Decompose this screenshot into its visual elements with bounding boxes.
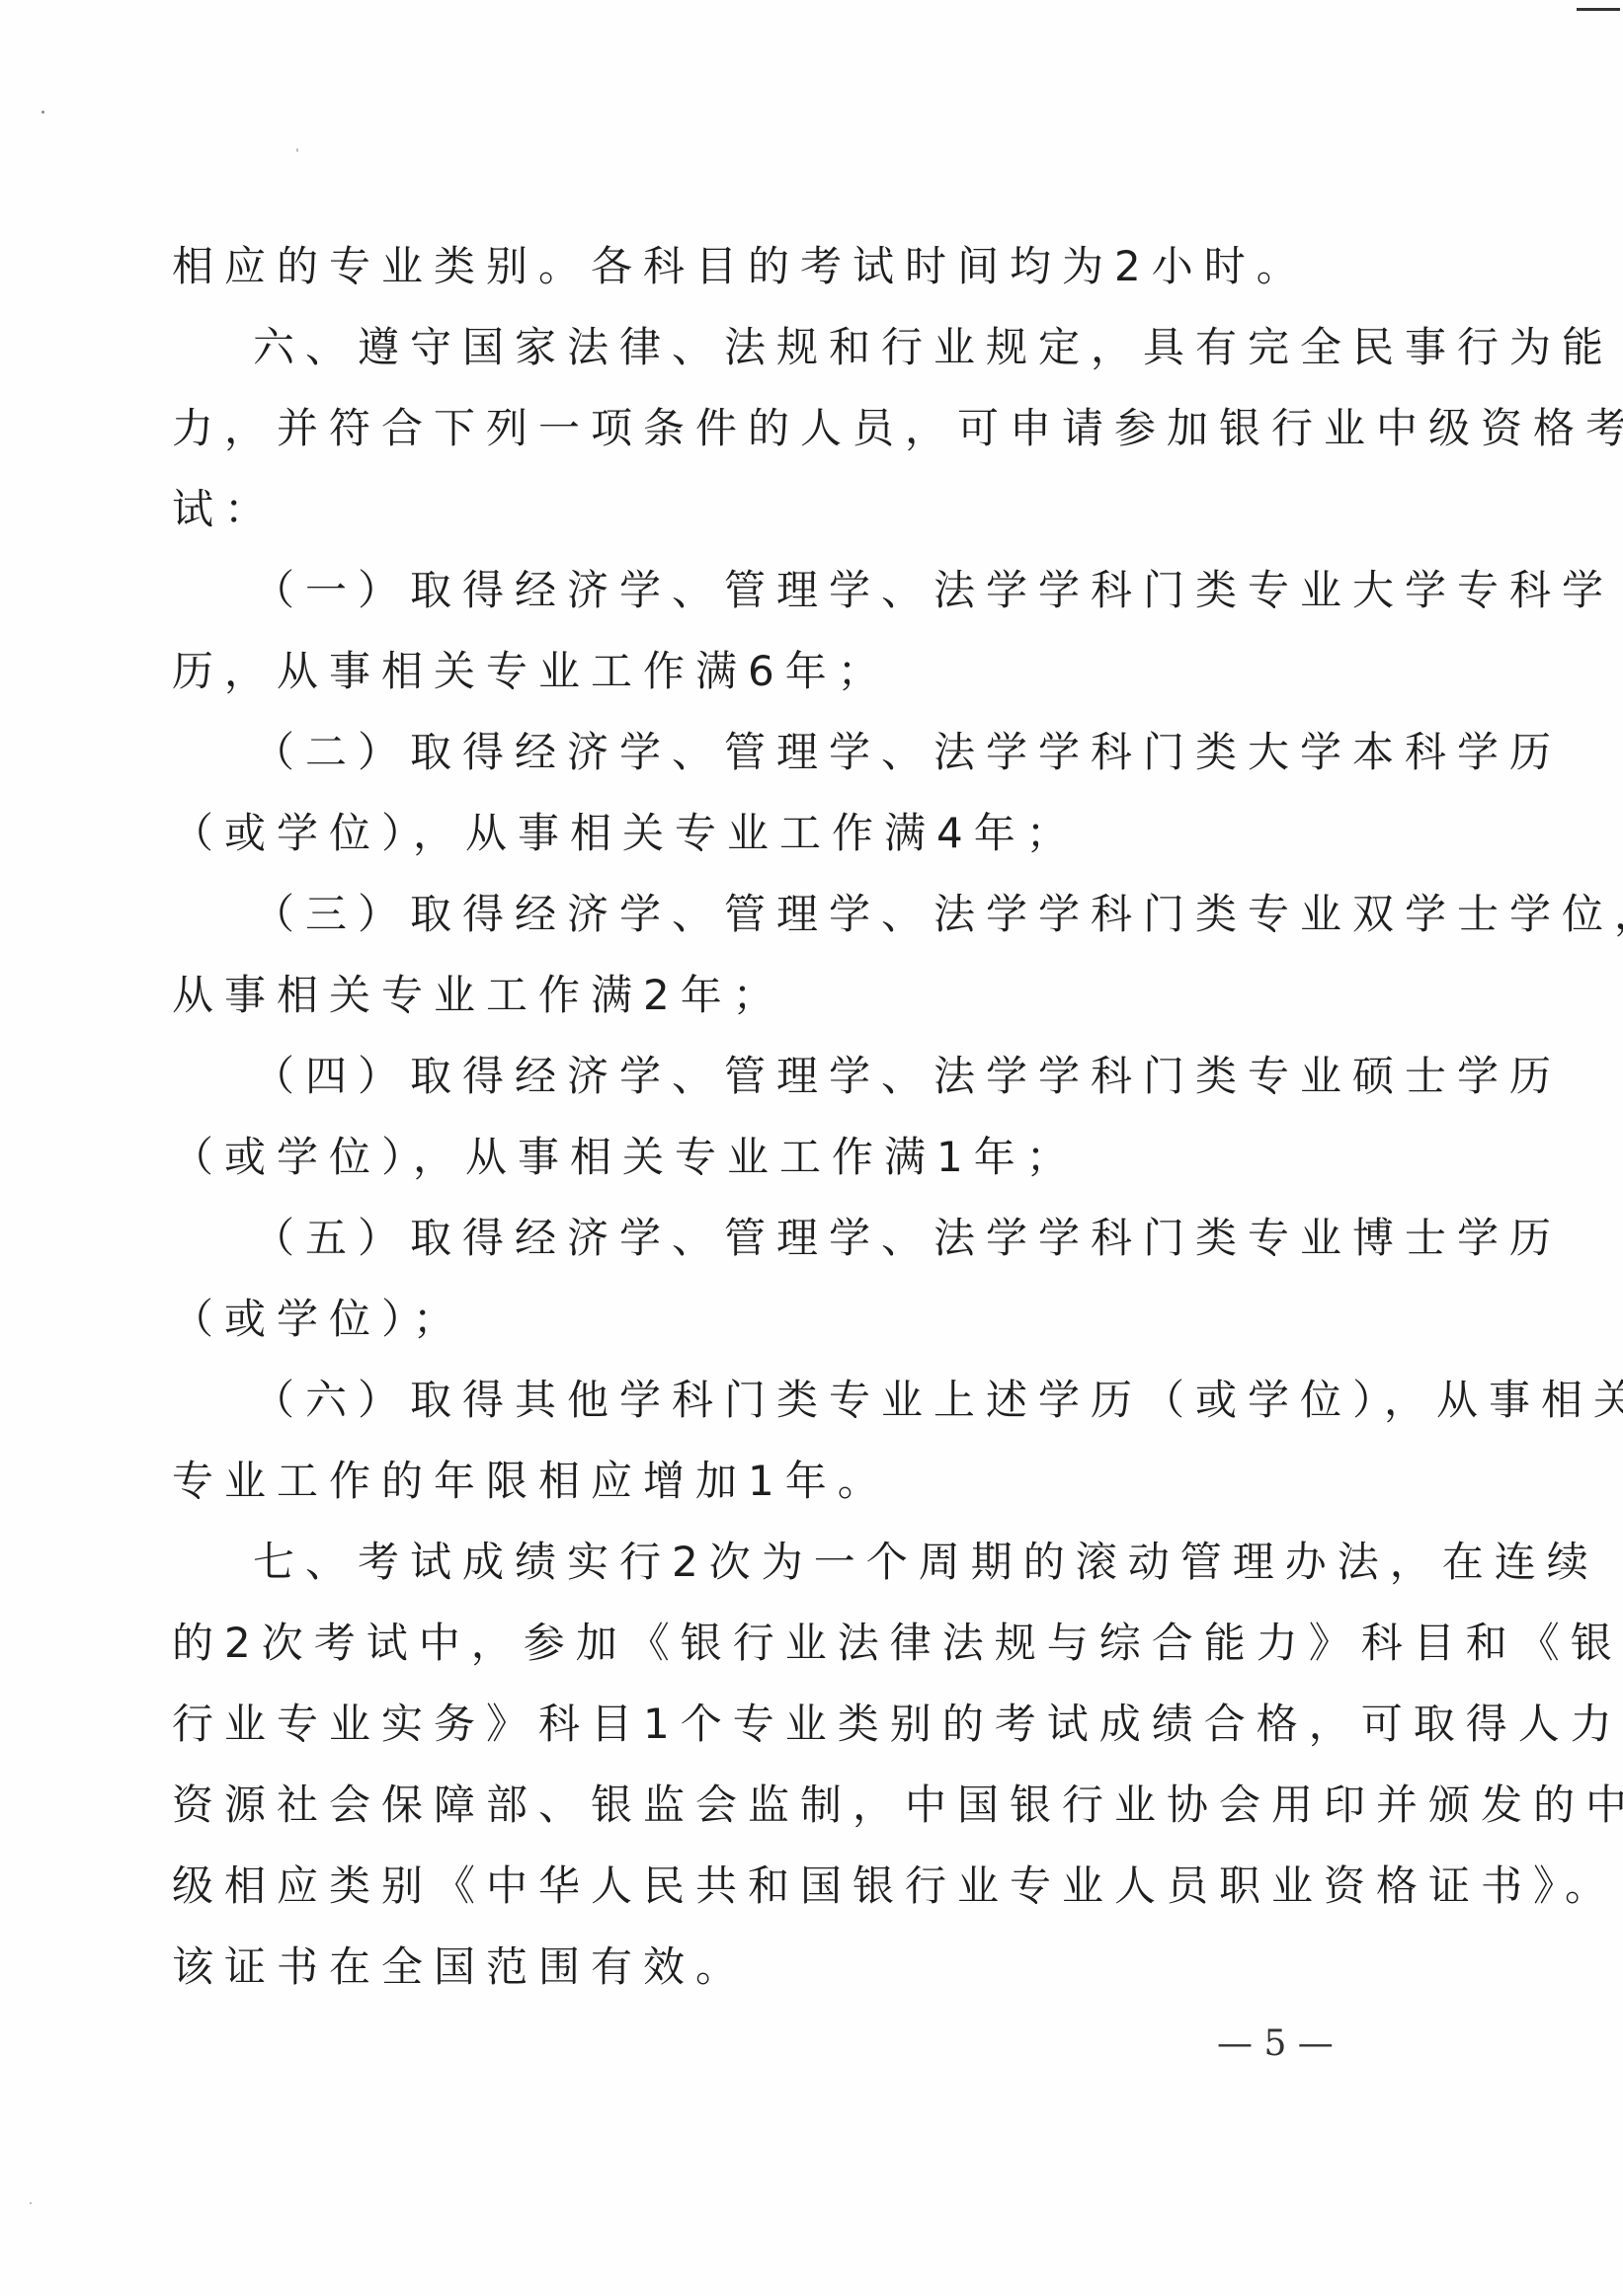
scan-speck — [30, 2202, 32, 2204]
item-3-line: （三）取得经济学、管理学、法学学科门类专业双学士学位， — [253, 885, 1623, 944]
text-line: 的2次考试中，参加《银行业法律法规与综合能力》科目和《银 — [172, 1614, 1623, 1673]
text-line: 该证书在全国范围有效。 — [172, 1938, 748, 1997]
page-number: — 5 — — [1217, 2024, 1334, 2064]
text-line: （或学位）； — [172, 1290, 465, 1349]
text-line: 级相应类别《中华人民共和国银行业专业人员职业资格证书》。 — [172, 1857, 1617, 1916]
scan-corner-mark — [1577, 8, 1620, 11]
scan-speck — [41, 111, 44, 114]
text-line: （或学位），从事相关专业工作满4年； — [172, 804, 1079, 863]
text-line: 行业专业实务》科目1个专业类别的考试成绩合格，可取得人力 — [172, 1695, 1623, 1754]
item-2-line: （二）取得经济学、管理学、法学学科门类大学本科学历 — [253, 723, 1562, 782]
scan-speck — [296, 148, 298, 152]
text-line: 力，并符合下列一项条件的人员，可申请参加银行业中级资格考 — [172, 399, 1623, 458]
paragraph-6-line: 六、遵守国家法律、法规和行业规定，具有完全民事行为能 — [253, 318, 1614, 377]
item-6-line: （六）取得其他学科门类专业上述学历（或学位），从事相关 — [253, 1371, 1623, 1430]
text-line: 相应的专业类别。各科目的考试时间均为2小时。 — [172, 237, 1309, 296]
paragraph-7-line: 七、考试成绩实行2次为一个周期的滚动管理办法，在连续 — [253, 1533, 1599, 1592]
document-page: 相应的专业类别。各科目的考试时间均为2小时。 六、遵守国家法律、法规和行业规定，… — [0, 0, 1623, 2296]
item-4-line: （四）取得经济学、管理学、法学学科门类专业硕士学历 — [253, 1047, 1562, 1106]
text-line: 资源社会保障部、银监会监制，中国银行业协会用印并颁发的中 — [172, 1776, 1623, 1835]
text-line: （或学位），从事相关专业工作满1年； — [172, 1128, 1079, 1187]
item-1-line: （一）取得经济学、管理学、法学学科门类专业大学专科学 — [253, 561, 1614, 620]
text-line: 从事相关专业工作满2年； — [172, 966, 785, 1025]
text-line: 历，从事相关专业工作满6年； — [172, 642, 890, 701]
text-line: 试： — [172, 480, 277, 539]
text-line: 专业工作的年限相应增加1年。 — [172, 1452, 890, 1511]
item-5-line: （五）取得经济学、管理学、法学学科门类专业博士学历 — [253, 1209, 1562, 1268]
